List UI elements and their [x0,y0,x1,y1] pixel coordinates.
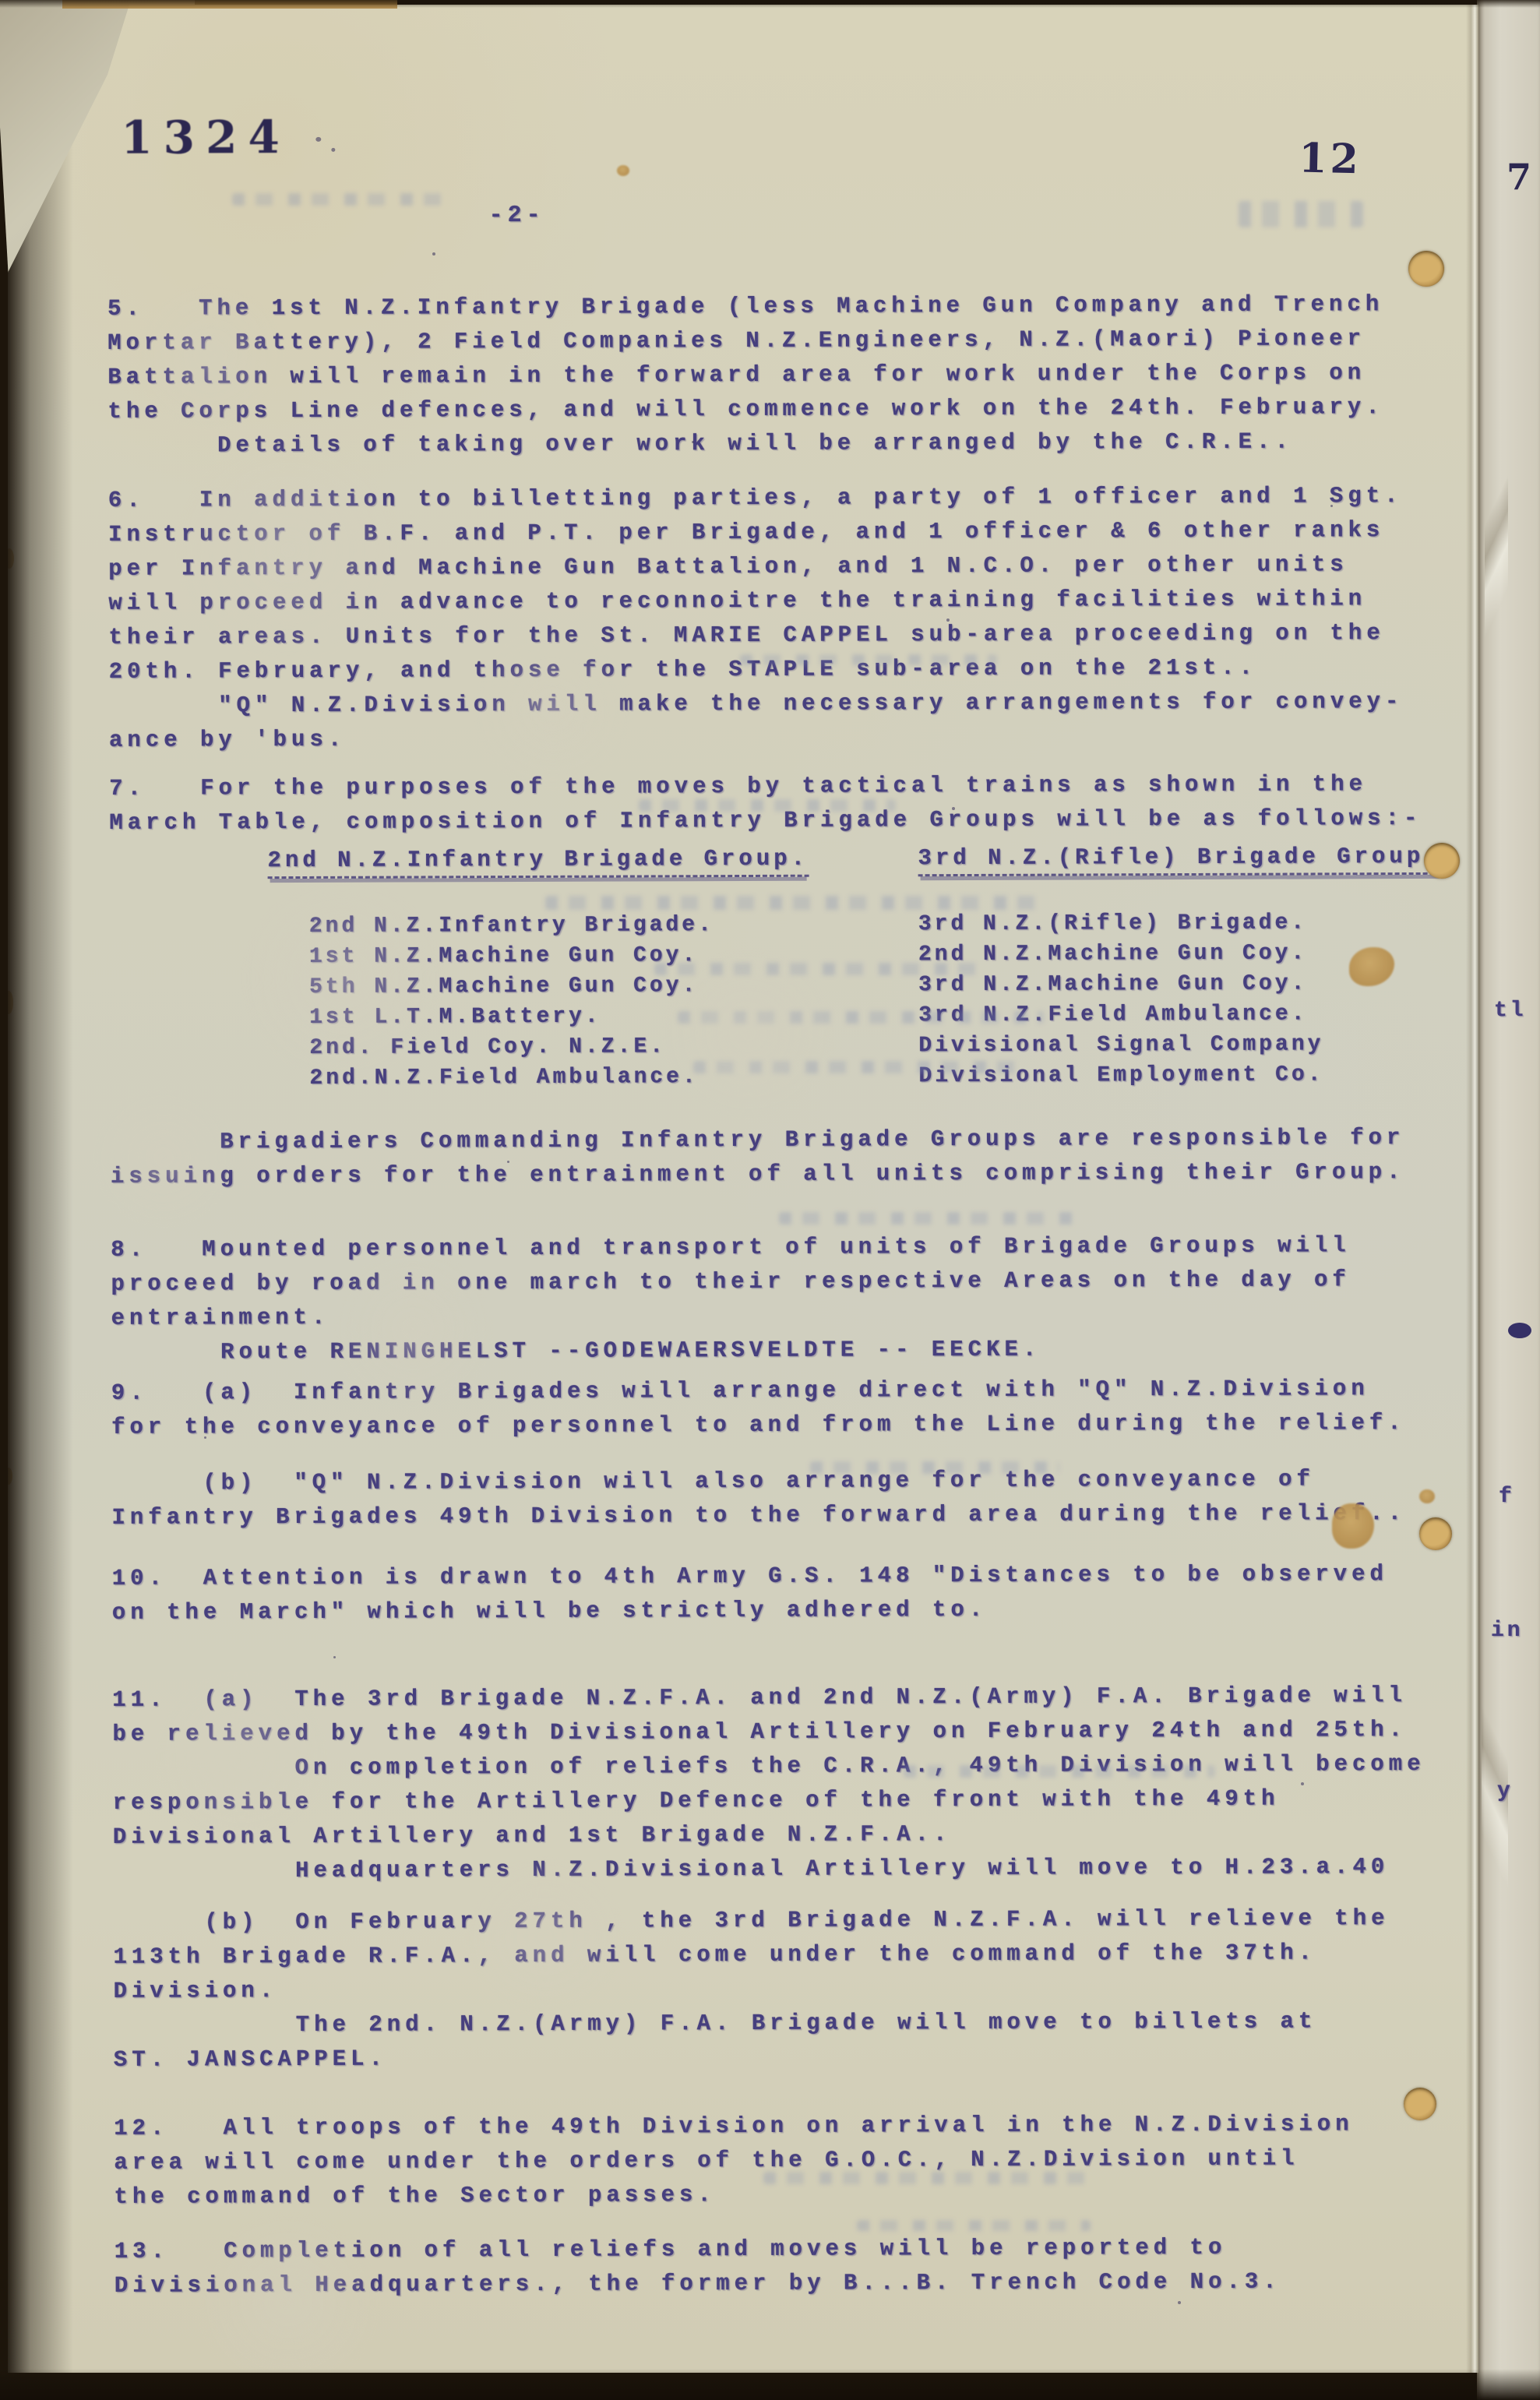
bleed-through-text [740,654,997,665]
punch-hole [1408,251,1444,287]
paragraph-9b: (b) "Q" N.Z.Division will also arrange f… [111,1462,1406,1535]
bleed-through-text [1239,201,1363,227]
punch-hole [1419,1517,1452,1550]
table-header-right: 3rd N.Z.(Rifle) Brigade Group. [918,844,1441,876]
paragraph-brigadiers: Brigadiers Commanding Infantry Brigade G… [111,1121,1405,1194]
ink-speck [204,1436,206,1439]
bleed-through-text [678,1011,1044,1024]
stamp-number: 1324 [121,111,291,164]
bleed-through-text [693,1061,1028,1073]
ink-blot [1508,1323,1531,1338]
table-header-left: 2nd N.Z.Infantry Brigade Group. [267,846,809,879]
page-sheet: 1324 12 -2- 5. The 1st N.Z.Infantry Brig… [8,5,1478,2373]
paragraph-8: 8. Mounted personnel and transport of un… [111,1228,1351,1370]
paper-stain [1419,1489,1435,1503]
edge-fragment-tl: tl [1494,999,1527,1023]
bleed-through-text [232,193,442,206]
rust-spot [617,165,629,176]
ink-speck [946,619,950,622]
bottom-edge-shadow [0,2369,1540,2400]
bleed-through-text [810,1461,1059,1474]
top-edge-binding-strip [62,0,397,9]
scanned-document-canvas: 7 tl f in y 1324 12 -2- 5. The 1st N.Z.I… [0,0,1540,2400]
ink-speck [952,807,955,810]
paragraph-13: 13. Completion of all reliefs and moves … [115,2231,1281,2303]
edge-fragment-7: 7 [1507,156,1531,198]
edge-fragment-y: y [1497,1779,1510,1803]
typewritten-text-layer: 1324 12 -2- 5. The 1st N.Z.Infantry Brig… [4,2,1483,2376]
ink-speck [432,252,435,256]
edge-nick [4,991,13,1014]
paragraph-6: 6. In addition to billetting parties, a … [108,479,1404,758]
ink-speck [1301,1782,1304,1785]
edge-fragment-in: in [1491,1619,1524,1643]
edge-fragment-f: f [1499,1485,1512,1509]
punch-hole [1424,843,1460,879]
ink-speck [1178,2301,1181,2304]
ink-speck [692,441,694,443]
bleed-through-text [763,2172,1098,2184]
paragraph-12: 12. All troops of the 49th Division on a… [114,2107,1354,2215]
underlying-page-edge: 7 tl f in y [1477,0,1540,2400]
folio-number: 12 [1299,134,1362,183]
paragraph-9a: 9. (a) Infantry Brigades will arrange di… [111,1372,1406,1445]
edge-nick [5,1468,12,1485]
bleed-through-text [857,2220,1091,2231]
bleed-through-text [654,963,989,975]
bleed-through-text [779,1212,1075,1225]
paragraph-11a: 11. (a) The 3rd Brigade N.Z.F.A. and 2nd… [112,1679,1425,1889]
punch-hole [1404,2088,1436,2120]
ink-speck [1330,505,1333,507]
bleed-through-text [904,1765,1215,1778]
paragraph-5: 5. The 1st N.Z.Infantry Brigade (less Ma… [107,287,1384,463]
paragraph-10: 10. Attention is drawn to 4th Army G.S. … [112,1557,1389,1630]
table-left-column: 2nd N.Z.Infantry Brigade. 1st N.Z.Machin… [309,910,715,1094]
bleed-through-text [639,799,896,812]
paragraph-11b: (b) On February 27th , the 3rd Brigade N… [113,1901,1390,2078]
page-number: -2- [489,199,545,233]
ink-speck [331,148,335,152]
ink-speck [315,137,321,142]
ink-speck [507,1161,509,1163]
bleed-through-text [545,896,1044,910]
paper-crease [1485,0,1508,1091]
ink-speck [333,1656,336,1658]
edge-nick [5,548,14,569]
